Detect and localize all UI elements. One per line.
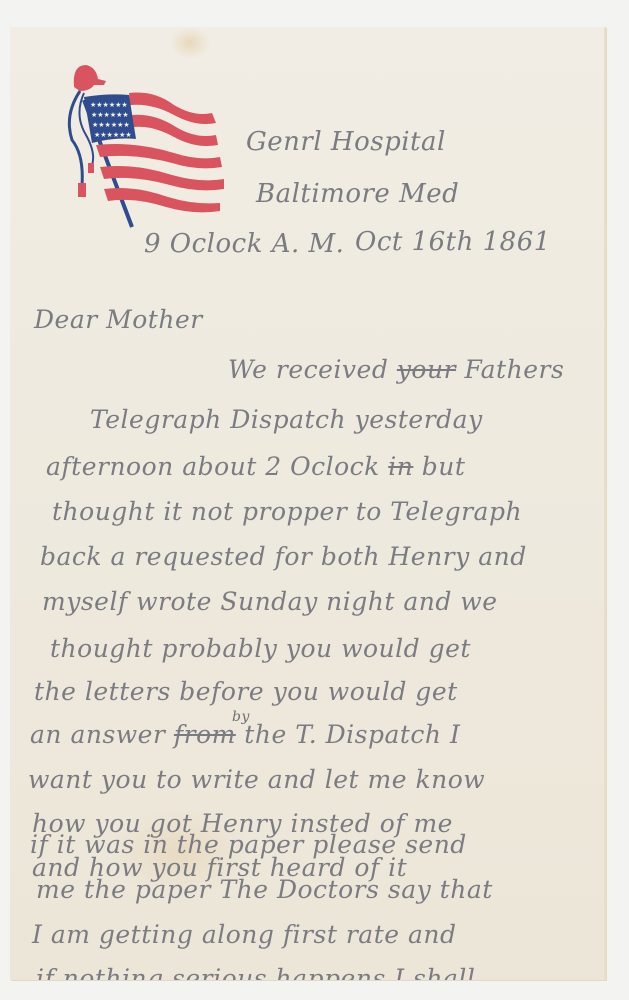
salutation: Dear Mother	[34, 305, 203, 334]
body-line-14: me the paper The Doctors say that	[36, 875, 493, 904]
svg-text:★★★★★★: ★★★★★★	[91, 111, 129, 119]
body-line-15: I am getting along first rate and	[32, 920, 457, 949]
body-line-16: if nothing serious happens I shall	[36, 964, 475, 980]
heading-time: 9 Oclock A. M.	[144, 229, 344, 259]
body-line-3: afternoon about 2 Oclock in but	[46, 452, 465, 481]
letter-page: ★★★★★★ ★★★★★★ ★★★★★★ ★★★★★★ Genrl Hospit…	[10, 27, 606, 980]
body-line-7: thought probably you would get	[50, 634, 471, 663]
body-line-1: We received your Fathers	[228, 355, 564, 384]
body-line-8: the letters before you would get	[34, 677, 458, 706]
svg-text:★★★★★★: ★★★★★★	[94, 131, 132, 139]
body-line-5: back a requested for both Henry and	[40, 542, 527, 571]
body-line-4: thought it not propper to Telegraph	[52, 497, 522, 526]
body-line-13: if it was in the paper please send	[30, 830, 467, 859]
american-flag-icon: ★★★★★★ ★★★★★★ ★★★★★★ ★★★★★★	[34, 45, 224, 235]
body-line-10: want you to write and let me know	[28, 765, 485, 794]
svg-text:★★★★★★: ★★★★★★	[90, 101, 128, 109]
body-line-9: an answer from the T. Dispatch I	[30, 720, 460, 749]
body-line-2: Telegraph Dispatch yesterday	[90, 405, 483, 434]
heading-date: Oct 16th 1861	[355, 227, 551, 257]
heading-place-line-2: Baltimore Med	[256, 179, 459, 209]
heading-place-line-1: Genrl Hospital	[246, 127, 446, 157]
svg-text:★★★★★★: ★★★★★★	[92, 121, 130, 129]
body-line-6: myself wrote Sunday night and we	[42, 587, 498, 616]
